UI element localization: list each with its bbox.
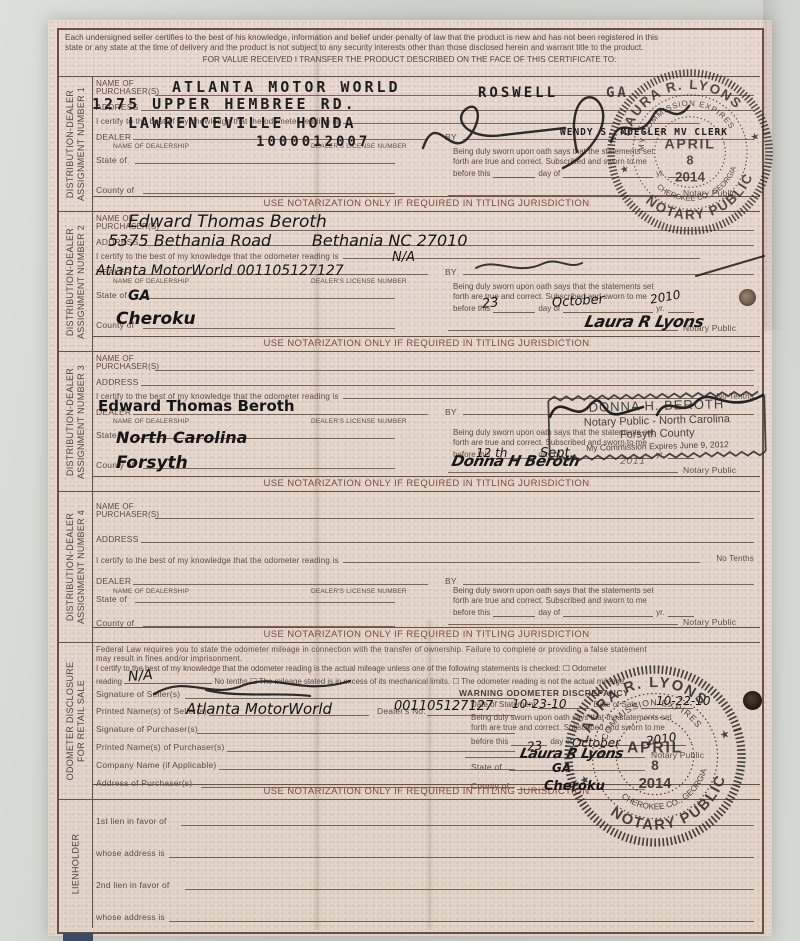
notarization-note: USE NOTARIZATION ONLY IF REQUIRED IN TIT… <box>93 476 760 491</box>
scan-edge-artifact <box>63 933 93 941</box>
label-notary-public: Notary Public <box>683 465 736 475</box>
sworn-statement: Being duly sworn upon oath says that the… <box>453 586 733 605</box>
label-dealership: NAME OF DEALERSHIP <box>113 278 189 285</box>
label-state-of: State of <box>96 290 127 300</box>
label-state-of: State of <box>96 155 127 165</box>
purchaser-signature-line <box>197 733 515 734</box>
label-second-lien: 2nd lien in favor of <box>96 880 169 890</box>
label-by: BY <box>445 407 457 417</box>
printed-seller-hand: Atlanta MotorWorld <box>186 700 332 718</box>
stamp-star-left: ★ <box>578 773 591 788</box>
license-typed-a1: 1000012007 <box>256 134 370 150</box>
dealer-no-hand: 001105127127 <box>394 699 493 714</box>
notarization-note: USE NOTARIZATION ONLY IF REQUIRED IN TIT… <box>93 336 760 351</box>
state-hand-a3: North Carolina <box>116 428 247 447</box>
label-by: BY <box>445 576 457 586</box>
second-lien-address-line <box>169 921 754 922</box>
label-purchasers: PURCHASER(S) <box>96 510 159 519</box>
county-hand-a2: Cheroku <box>116 309 196 329</box>
state-line <box>135 602 395 603</box>
label-printed-purchaser: Printed Name(s) of Purchaser(s) <box>96 742 225 752</box>
federal-law-text-1: Federal Law requires you to state the od… <box>96 645 647 654</box>
label-before-this: before this <box>453 608 490 617</box>
state-hand-a2: GA <box>128 288 150 304</box>
signature-mark-a2 <box>470 252 770 282</box>
label-dealer: DEALER <box>96 132 131 142</box>
dealer-line <box>133 584 428 585</box>
label-odometer-certify: I certify to the best of my knowledge th… <box>96 252 339 261</box>
sidebar-lienholder: LIENHOLDER <box>59 800 93 928</box>
label-dealership: NAME OF DEALERSHIP <box>113 418 189 425</box>
address-line <box>141 542 754 543</box>
sidebar-odometer-disclosure: ODOMETER DISCLOSURE FOR RETAIL SALE <box>59 643 93 799</box>
label-dealership: NAME OF DEALERSHIP <box>113 143 189 150</box>
label-odometer-certify: I certify to the best of my knowledge th… <box>96 556 339 565</box>
dealer-hand-a2: Atlanta MotorWorld 001105127127 <box>96 263 344 279</box>
label-before-this: before this <box>471 737 508 746</box>
printed-purchaser-line <box>227 751 515 752</box>
label-first-lien-address: whose address is <box>96 848 165 858</box>
address-typed-a1: 1275 UPPER HEMBREE RD. <box>92 95 357 113</box>
purchaser-hand-a2: Edward Thomas Beroth <box>128 212 327 232</box>
label-license: DEALER'S LICENSE NUMBER <box>311 418 407 425</box>
stamp-star-right: ★ <box>718 728 731 743</box>
label-license: DEALER'S LICENSE NUMBER <box>311 588 407 595</box>
purchaser-line <box>155 370 754 371</box>
label-second-lien-address: whose address is <box>96 912 165 922</box>
label-first-lien: 1st lien in favor of <box>96 816 167 826</box>
stamp-day: 8 <box>686 154 693 168</box>
label-day-of: day of <box>538 608 560 617</box>
label-no-tenths: No Tenths <box>716 554 754 563</box>
label-notary-public: Notary Public <box>683 617 736 627</box>
purchaser-line <box>155 518 754 519</box>
label-by: BY <box>445 267 457 277</box>
first-lien-address-line <box>169 857 754 858</box>
label-dealer: DEALER <box>96 576 131 586</box>
sidebar-assignment-2: DISTRIBUTION-DEALER ASSIGNMENT NUMBER 2 <box>59 212 93 351</box>
label-license: DEALER'S LICENSE NUMBER <box>311 278 407 285</box>
county-hand-a3: Forsyth <box>116 453 188 473</box>
label-county-of: County of <box>96 185 134 195</box>
notary-signature-line <box>448 624 678 625</box>
transfer-statement: FOR VALUE RECEIVED I TRANSFER THE PRODUC… <box>65 55 754 65</box>
hole-punch-top <box>739 289 756 306</box>
donna-stamp-title: Notary Public - North Carolina <box>584 413 731 429</box>
odometer-hand-a2: N/A <box>392 250 415 265</box>
label-reading: reading <box>96 677 122 686</box>
county-line <box>143 193 395 194</box>
stamp-month: APRIL <box>664 137 715 153</box>
label-address: ADDRESS <box>96 534 139 544</box>
stamp-year: 2014 <box>675 169 705 184</box>
scanned-title-document: Each undersigned seller certifies to the… <box>0 0 800 941</box>
odometer-line <box>343 562 700 563</box>
notarization-note: USE NOTARIZATION ONLY IF REQUIRED IN TIT… <box>93 627 760 642</box>
donna-beroth-notary-stamp: DONNA H. BEROTH Notary Public - North Ca… <box>545 387 769 465</box>
state-line <box>135 298 395 299</box>
label-purchasers: PURCHASER(S) <box>96 362 159 371</box>
label-signature-of-purchaser: Signature of Purchaser(s) <box>96 724 198 734</box>
dealer-typed-a1: LAWRENCEVILLE HONDA <box>128 114 357 132</box>
donna-stamp-expires: My Commission Expires June 9, 2012 <box>586 439 729 453</box>
signature-seller-squiggle <box>148 672 358 702</box>
assignment-section-4: DISTRIBUTION-DEALER ASSIGNMENT NUMBER 4 … <box>59 492 760 643</box>
purchaser-typed-a1: ATLANTA MOTOR WORLD <box>172 78 401 96</box>
stamp-day: 8 <box>651 758 659 773</box>
dealer-hand-a3: Edward Thomas Beroth <box>98 397 295 415</box>
sidebar-assignment-3: DISTRIBUTION-DEALER ASSIGNMENT NUMBER 3 <box>59 352 93 491</box>
laura-lyons-notary-stamp-top: LAURA R. LYONS MY COMMISSION EXPIRES CHE… <box>606 68 774 236</box>
federal-law-text-2: may result in fines and/or imprisonment. <box>96 654 242 663</box>
by-line <box>463 584 754 585</box>
label-yr: yr. <box>656 608 664 617</box>
notary-signature-a2: Laura R Lyons <box>583 312 706 331</box>
label-company-name: Company Name (if Applicable) <box>96 760 216 770</box>
state-line <box>135 163 395 164</box>
date-of-statement-hand: 10-23-10 <box>512 697 566 711</box>
notary-signature-line <box>448 472 678 473</box>
stamp-month: APRIL <box>627 739 683 756</box>
donna-stamp-name: DONNA H. BEROTH <box>588 396 724 415</box>
sidebar-assignment-1: DISTRIBUTION-DEALER ASSIGNMENT NUMBER 1 <box>59 77 93 211</box>
hole-punch-bottom <box>743 691 762 710</box>
second-lien-line <box>185 889 754 890</box>
cert-text-line1: Each undersigned seller certifies to the… <box>65 33 754 43</box>
stamp-star-left: ★ <box>619 164 630 177</box>
sidebar-assignment-4: DISTRIBUTION-DEALER ASSIGNMENT NUMBER 4 <box>59 492 93 642</box>
label-state-of: State of <box>96 594 127 604</box>
cert-text-line2: state or any state at the time of delive… <box>65 43 754 53</box>
label-address: ADDRESS <box>96 377 139 387</box>
stamp-star-right: ★ <box>749 131 760 144</box>
label-state-of: State of <box>471 762 502 772</box>
stamp-year: 2014 <box>639 776 673 792</box>
day-hand-a2: 23 <box>481 295 499 312</box>
address-hand-a2: 5375 Bethania Road Bethania NC 27010 <box>108 231 468 250</box>
laura-lyons-notary-stamp-bottom: LAURA R. LYONS MY COMMISSION EXPIRES CHE… <box>563 664 747 848</box>
donna-stamp-county: Forsyth County <box>620 427 695 441</box>
